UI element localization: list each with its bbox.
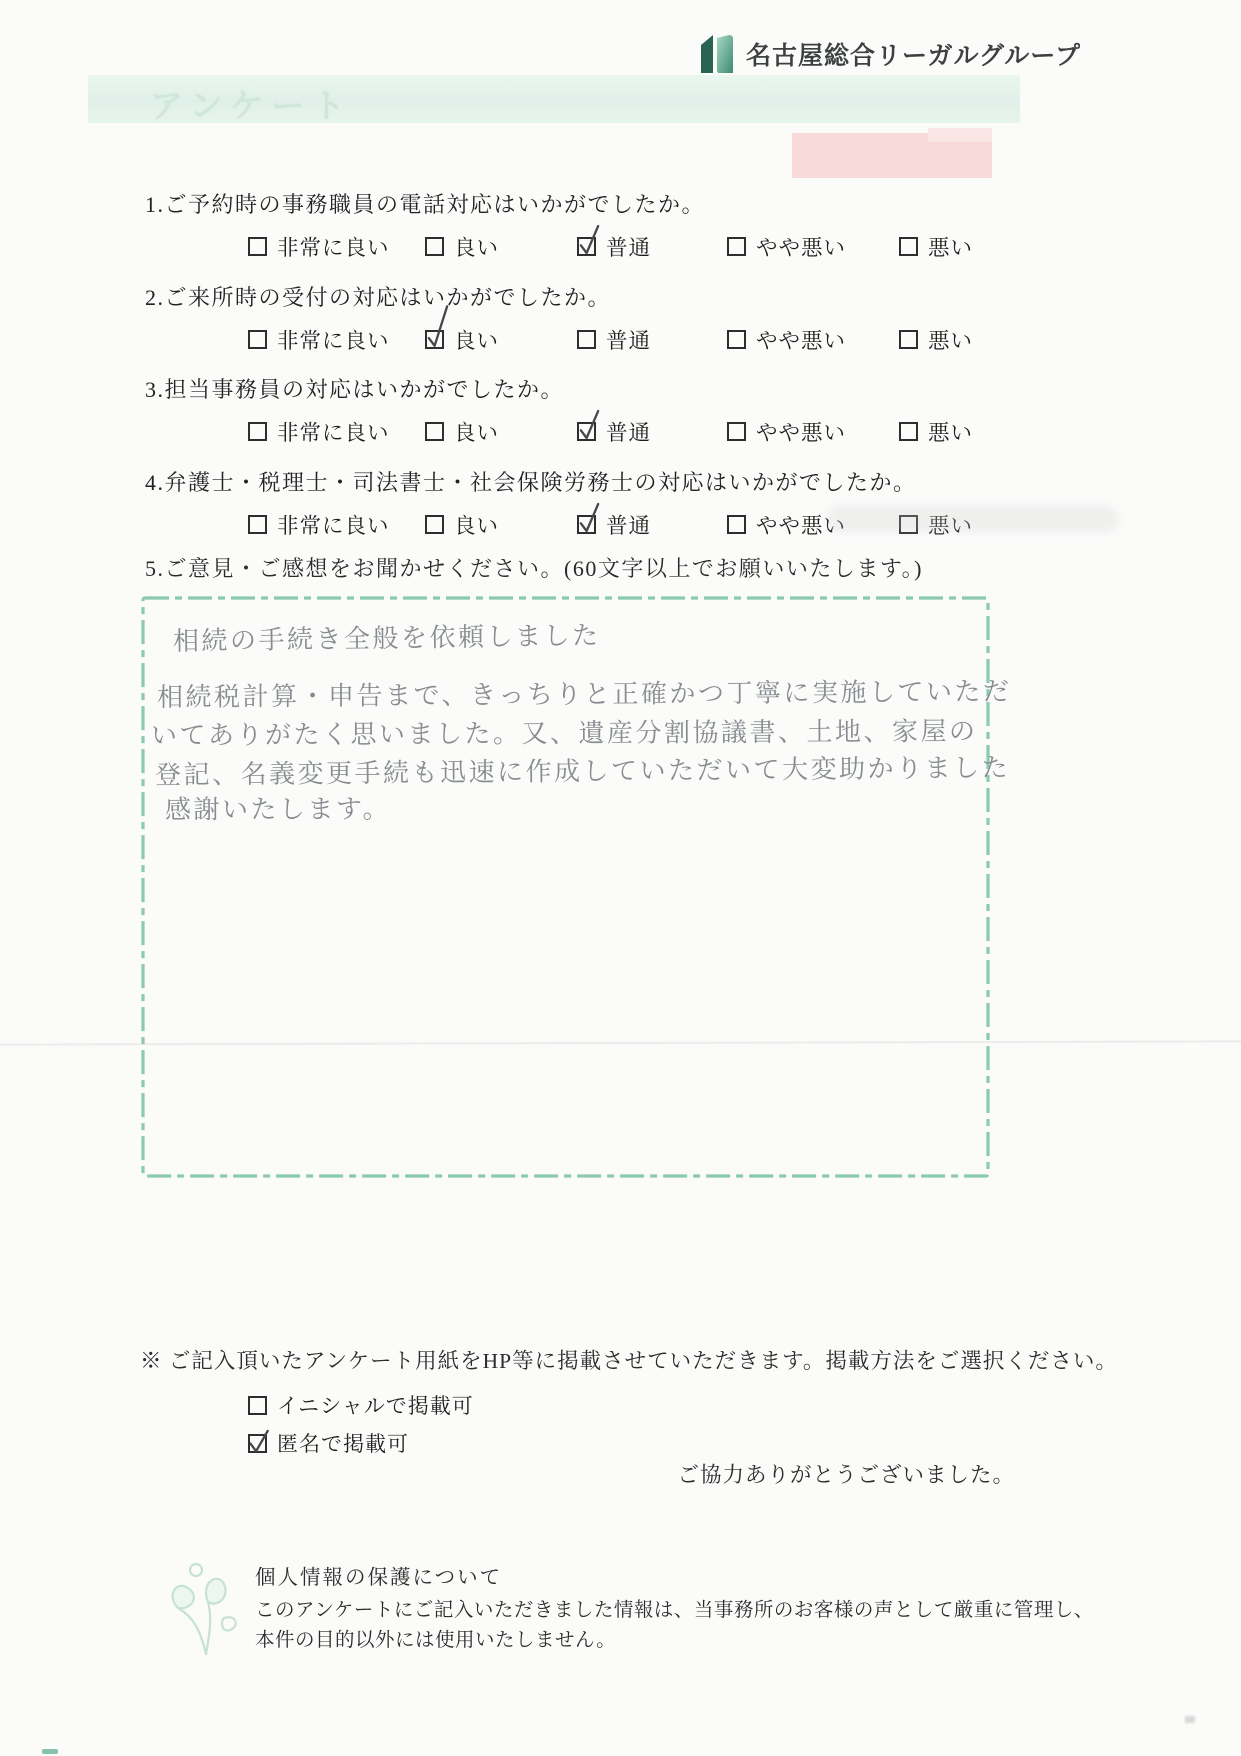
scan-artifact — [1185, 1716, 1195, 1723]
publication-option-label: 匿名で掲載可 — [277, 1428, 409, 1458]
publication-options: イニシャルで掲載可匿名で掲載可 — [248, 1386, 474, 1462]
rating-option: やや悪い — [727, 231, 899, 262]
thanks-text: ご協力ありがとうございました。 — [677, 1458, 1015, 1489]
privacy-title: 個人情報の保護について — [255, 1560, 502, 1590]
privacy-line: 本件の目的以外には使用いたしません。 — [255, 1624, 616, 1652]
rating-checkbox[interactable] — [899, 330, 918, 349]
rating-option-label: 普通 — [606, 509, 651, 540]
brand-name: 名古屋総合リーガルグループ — [746, 36, 1081, 72]
question-label: 1.ご予約時の事務職員の電話対応はいかがでしたか。 — [145, 188, 1145, 219]
publication-option-label: イニシャルで掲載可 — [277, 1390, 474, 1420]
rating-option-label: やや悪い — [756, 231, 846, 262]
rating-option: 非常に良い — [248, 231, 425, 262]
banner-title: アンケート — [150, 80, 353, 127]
rating-option: 悪い — [899, 416, 1009, 447]
rating-options-row: 非常に良い良い普通やや悪い悪い — [248, 416, 1145, 447]
handwritten-line: 感謝いたします。 — [165, 789, 391, 827]
handwritten-line: 相続の手続き全般を依頼しました — [173, 615, 601, 658]
rating-option: 非常に良い — [248, 509, 425, 540]
rating-checkbox[interactable] — [248, 237, 267, 256]
rating-option: 非常に良い — [248, 416, 425, 447]
rating-option-label: 良い — [454, 324, 499, 355]
publication-checkbox[interactable] — [248, 1434, 267, 1453]
question-block: 2.ご来所時の受付の対応はいかがでしたか。 非常に良い良い普通やや悪い悪い — [145, 281, 1145, 355]
question-label: 4.弁護士・税理士・司法書士・社会保険労務士の対応はいかがでしたか。 — [145, 466, 1145, 497]
rating-option-label: 良い — [454, 231, 499, 262]
rating-option: 良い — [425, 324, 577, 355]
rating-option: 良い — [425, 509, 577, 540]
clover-sketch-icon — [166, 1558, 244, 1658]
rating-checkbox[interactable] — [727, 515, 746, 534]
publication-option: 匿名で掲載可 — [248, 1424, 474, 1462]
rating-option: 良い — [425, 231, 577, 262]
rating-option-label: 良い — [454, 509, 499, 540]
rating-checkbox[interactable] — [727, 422, 746, 441]
comment-box[interactable]: 相続の手続き全般を依頼しました相続税計算・申告まで、きっちりと正確かつ丁寧に実施… — [141, 596, 990, 1178]
question-block: 1.ご予約時の事務職員の電話対応はいかがでしたか。 非常に良い良い普通やや悪い悪… — [145, 188, 1145, 262]
rating-checkbox[interactable] — [577, 515, 596, 534]
rating-option-label: 悪い — [928, 416, 973, 447]
survey-page: 名古屋総合リーガルグループ アンケート 1.ご予約時の事務職員の電話対応はいかが… — [0, 0, 1241, 1756]
rating-checkbox[interactable] — [727, 330, 746, 349]
rating-checkbox[interactable] — [248, 515, 267, 534]
rating-checkbox[interactable] — [248, 422, 267, 441]
rating-option: やや悪い — [727, 324, 899, 355]
rating-checkbox[interactable] — [425, 330, 444, 349]
publication-option: イニシャルで掲載可 — [248, 1386, 474, 1424]
rating-option-label: 非常に良い — [277, 509, 390, 540]
rating-option: 普通 — [577, 324, 727, 355]
rating-option-label: 非常に良い — [277, 416, 390, 447]
rating-option-label: やや悪い — [756, 416, 846, 447]
rating-checkbox[interactable] — [425, 422, 444, 441]
rating-option-label: 良い — [454, 416, 499, 447]
rating-checkbox[interactable] — [577, 330, 596, 349]
rating-option-label: 普通 — [606, 416, 651, 447]
rating-option-label: 悪い — [928, 231, 973, 262]
rating-option-label: 普通 — [606, 231, 651, 262]
rating-checkbox[interactable] — [577, 422, 596, 441]
handwritten-line: いてありがたく思いました。又、遺産分割協議書、土地、家屋の — [151, 711, 978, 752]
rating-checkbox[interactable] — [899, 237, 918, 256]
rating-option-label: 普通 — [606, 324, 651, 355]
publication-checkbox[interactable] — [248, 1396, 267, 1415]
rating-option: 良い — [425, 416, 577, 447]
rating-option: 普通 — [577, 509, 727, 540]
rating-checkbox[interactable] — [727, 237, 746, 256]
question-label: 3.担当事務員の対応はいかがでしたか。 — [145, 373, 1145, 404]
rating-option: 悪い — [899, 231, 1009, 262]
rating-checkbox[interactable] — [425, 237, 444, 256]
rating-options-row: 非常に良い良い普通やや悪い悪い — [248, 231, 1145, 262]
question-label: 2.ご来所時の受付の対応はいかがでしたか。 — [145, 281, 1145, 312]
publication-note: ※ ご記入頂いたアンケート用紙をHP等に掲載させていただきます。掲載方法をご選択… — [140, 1344, 1118, 1375]
rating-option: 悪い — [899, 324, 1009, 355]
rating-option: 非常に良い — [248, 324, 425, 355]
rating-option-label: 非常に良い — [277, 231, 390, 262]
rating-checkbox[interactable] — [425, 515, 444, 534]
rating-option: やや悪い — [727, 416, 899, 447]
rating-checkbox[interactable] — [248, 330, 267, 349]
rating-option-label: 非常に良い — [277, 324, 390, 355]
rating-checkbox[interactable] — [577, 237, 596, 256]
scan-artifact — [42, 1749, 58, 1754]
rating-option-label: やや悪い — [756, 324, 846, 355]
brand: 名古屋総合リーガルグループ — [698, 34, 1081, 74]
rating-option-label: 悪い — [928, 324, 973, 355]
brand-logo-icon — [698, 34, 736, 74]
handwritten-line: 登記、名義変更手続も迅速に作成していただいて大変助かりました — [155, 747, 1010, 791]
rating-option: 普通 — [577, 231, 727, 262]
question-label: 5.ご意見・ご感想をお聞かせください。(60文字以上でお願いいたします。) — [145, 552, 923, 583]
handwritten-line: 相続税計算・申告まで、きっちりと正確かつ丁寧に実施していただ — [157, 671, 1012, 714]
redacted-name-highlight — [792, 133, 992, 178]
scan-artifact — [828, 506, 1118, 532]
rating-option: 普通 — [577, 416, 727, 447]
question-block: 3.担当事務員の対応はいかがでしたか。 非常に良い良い普通やや悪い悪い — [145, 373, 1145, 447]
rating-options-row: 非常に良い良い普通やや悪い悪い — [248, 324, 1145, 355]
rating-checkbox[interactable] — [899, 422, 918, 441]
privacy-line: このアンケートにご記入いただきました情報は、当事務所のお客様の声として厳重に管理… — [255, 1594, 1094, 1622]
title-banner: アンケート — [88, 75, 1020, 123]
